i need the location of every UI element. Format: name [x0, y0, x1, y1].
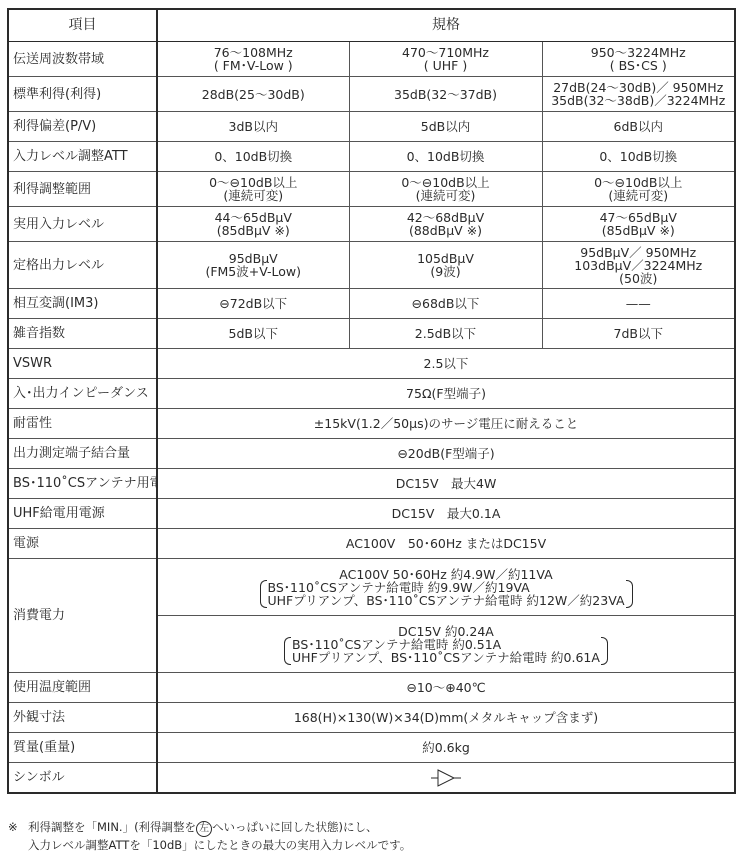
- row-label: 利得調整範囲: [8, 172, 157, 207]
- noise-vlow: 5dB以下: [157, 319, 349, 349]
- row-label: 相互変調(IM3): [8, 289, 157, 319]
- row-label: 出力測定端子結合量: [8, 439, 157, 469]
- row-vswr: VSWR 2.5以下: [8, 349, 735, 379]
- gain-vlow: 28dB(25〜30dB): [157, 77, 349, 112]
- header-spec: 規格: [157, 9, 735, 42]
- row-gain: 標準利得(利得) 28dB(25〜30dB) 35dB(32〜37dB) 27d…: [8, 77, 735, 112]
- row-label: 標準利得(利得): [8, 77, 157, 112]
- freq-bscs: 950〜3224MHz( BS･CS ): [542, 42, 735, 77]
- att-uhf: 0、10dB切換: [349, 142, 542, 172]
- row-coupling: 出力測定端子結合量 ⊖20dB(F型端子): [8, 439, 735, 469]
- row-temp: 使用温度範囲 ⊖10〜⊕40℃: [8, 673, 735, 703]
- noise-uhf: 2.5dB以下: [349, 319, 542, 349]
- output-level-vlow: 95dBμV(FM5波+V-Low): [157, 242, 349, 289]
- row-im3: 相互変調(IM3) ⊖72dB以下 ⊖68dB以下 ——: [8, 289, 735, 319]
- coupling-value: ⊖20dB(F型端子): [157, 439, 735, 469]
- row-label: 電源: [8, 529, 157, 559]
- row-label: BS･110˚CSアンテナ用電源: [8, 469, 157, 499]
- im3-vlow: ⊖72dB以下: [157, 289, 349, 319]
- noise-bscs: 7dB以下: [542, 319, 735, 349]
- gain-adj-bscs: 0〜⊖10dB以上(連続可変): [542, 172, 735, 207]
- row-label: 外観寸法: [8, 703, 157, 733]
- row-label: VSWR: [8, 349, 157, 379]
- footnote: ※利得調整を「MIN.」(利得調整を左へいっぱいに回した状態)にし、 入力レベル…: [8, 819, 411, 853]
- row-noise: 雑音指数 5dB以下 2.5dB以下 7dB以下: [8, 319, 735, 349]
- row-consumption-ac: 消費電力 AC100V 50･60Hz 約4.9W／約11VA BS･110˚C…: [8, 559, 735, 616]
- row-label: 耐雷性: [8, 409, 157, 439]
- row-symbol: シンボル: [8, 763, 735, 794]
- dimensions-value: 168(H)×130(W)×34(D)mm(メタルキャップ含まず): [157, 703, 735, 733]
- row-bs-power: BS･110˚CSアンテナ用電源 DC15V 最大4W: [8, 469, 735, 499]
- temp-value: ⊖10〜⊕40℃: [157, 673, 735, 703]
- row-label: UHF給電用電源: [8, 499, 157, 529]
- footnote-line-1: ※利得調整を「MIN.」(利得調整を左へいっぱいに回した状態)にし、: [8, 819, 411, 837]
- row-weight: 質量(重量) 約0.6kg: [8, 733, 735, 763]
- row-label: 使用温度範囲: [8, 673, 157, 703]
- spec-table: 項目 規格 伝送周波数帯域 76〜108MHz( FM･V-Low ) 470〜…: [7, 8, 736, 794]
- row-impedance: 入･出力インピーダンス 75Ω(F型端子): [8, 379, 735, 409]
- left-circled-icon: 左: [196, 821, 212, 837]
- consumption-dc-notes: BS･110˚CSアンテナ給電時 約0.51A UHFプリアンプ、BS･110˚…: [284, 638, 608, 664]
- input-level-vlow: 44〜65dBμV(85dBμV ※): [157, 207, 349, 242]
- row-label: 利得偏差(P/V): [8, 112, 157, 142]
- im3-bscs: ——: [542, 289, 735, 319]
- row-label: 雑音指数: [8, 319, 157, 349]
- weight-value: 約0.6kg: [157, 733, 735, 763]
- amplifier-symbol-icon: [430, 768, 462, 788]
- lightning-value: ±15kV(1.2／50μs)のサージ電圧に耐えること: [157, 409, 735, 439]
- row-dimensions: 外観寸法 168(H)×130(W)×34(D)mm(メタルキャップ含まず): [8, 703, 735, 733]
- im3-uhf: ⊖68dB以下: [349, 289, 542, 319]
- uhf-power-value: DC15V 最大0.1A: [157, 499, 735, 529]
- symbol-value: [157, 763, 735, 794]
- consumption-ac-notes: BS･110˚CSアンテナ給電時 約9.9W／約19VA UHFプリアンプ、BS…: [260, 581, 633, 607]
- row-power: 電源 AC100V 50･60Hz またはDC15V: [8, 529, 735, 559]
- row-uhf-power: UHF給電用電源 DC15V 最大0.1A: [8, 499, 735, 529]
- input-level-uhf: 42〜68dBμV(88dBμV ※): [349, 207, 542, 242]
- header-row: 項目 規格: [8, 9, 735, 42]
- row-label: 実用入力レベル: [8, 207, 157, 242]
- header-item: 項目: [8, 9, 157, 42]
- row-label: 質量(重量): [8, 733, 157, 763]
- output-level-bscs: 95dBμV／ 950MHz103dBμV／3224MHz(50波): [542, 242, 735, 289]
- consumption-ac: AC100V 50･60Hz 約4.9W／約11VA BS･110˚CSアンテナ…: [157, 559, 735, 616]
- gain-dev-bscs: 6dB以内: [542, 112, 735, 142]
- impedance-value: 75Ω(F型端子): [157, 379, 735, 409]
- row-gain-dev: 利得偏差(P/V) 3dB以内 5dB以内 6dB以内: [8, 112, 735, 142]
- row-input-level: 実用入力レベル 44〜65dBμV(85dBμV ※) 42〜68dBμV(88…: [8, 207, 735, 242]
- gain-adj-vlow: 0〜⊖10dB以上(連続可変): [157, 172, 349, 207]
- row-lightning: 耐雷性 ±15kV(1.2／50μs)のサージ電圧に耐えること: [8, 409, 735, 439]
- att-bscs: 0、10dB切換: [542, 142, 735, 172]
- row-output-level: 定格出力レベル 95dBμV(FM5波+V-Low) 105dBμV(9波) 9…: [8, 242, 735, 289]
- output-level-uhf: 105dBμV(9波): [349, 242, 542, 289]
- gain-dev-vlow: 3dB以内: [157, 112, 349, 142]
- gain-uhf: 35dB(32〜37dB): [349, 77, 542, 112]
- gain-bscs: 27dB(24〜30dB)／ 950MHz35dB(32〜38dB)／3224M…: [542, 77, 735, 112]
- gain-adj-uhf: 0〜⊖10dB以上(連続可変): [349, 172, 542, 207]
- row-label: 定格出力レベル: [8, 242, 157, 289]
- consumption-dc: DC15V 約0.24A BS･110˚CSアンテナ給電時 約0.51A UHF…: [157, 616, 735, 673]
- row-att: 入力レベル調整ATT 0、10dB切換 0、10dB切換 0、10dB切換: [8, 142, 735, 172]
- row-label: 入力レベル調整ATT: [8, 142, 157, 172]
- freq-vlow: 76〜108MHz( FM･V-Low ): [157, 42, 349, 77]
- footnote-mark: ※: [8, 819, 28, 835]
- vswr-value: 2.5以下: [157, 349, 735, 379]
- freq-uhf: 470〜710MHz( UHF ): [349, 42, 542, 77]
- gain-dev-uhf: 5dB以内: [349, 112, 542, 142]
- power-value: AC100V 50･60Hz またはDC15V: [157, 529, 735, 559]
- row-label: 伝送周波数帯域: [8, 42, 157, 77]
- att-vlow: 0、10dB切換: [157, 142, 349, 172]
- input-level-bscs: 47〜65dBμV(85dBμV ※): [542, 207, 735, 242]
- bs-power-value: DC15V 最大4W: [157, 469, 735, 499]
- footnote-line-2: 入力レベル調整ATTを「10dB」にしたときの最大の実用入力レベルです。: [8, 837, 411, 853]
- row-freq: 伝送周波数帯域 76〜108MHz( FM･V-Low ) 470〜710MHz…: [8, 42, 735, 77]
- row-gain-adj: 利得調整範囲 0〜⊖10dB以上(連続可変) 0〜⊖10dB以上(連続可変) 0…: [8, 172, 735, 207]
- row-label: シンボル: [8, 763, 157, 794]
- row-label: 消費電力: [8, 559, 157, 673]
- row-label: 入･出力インピーダンス: [8, 379, 157, 409]
